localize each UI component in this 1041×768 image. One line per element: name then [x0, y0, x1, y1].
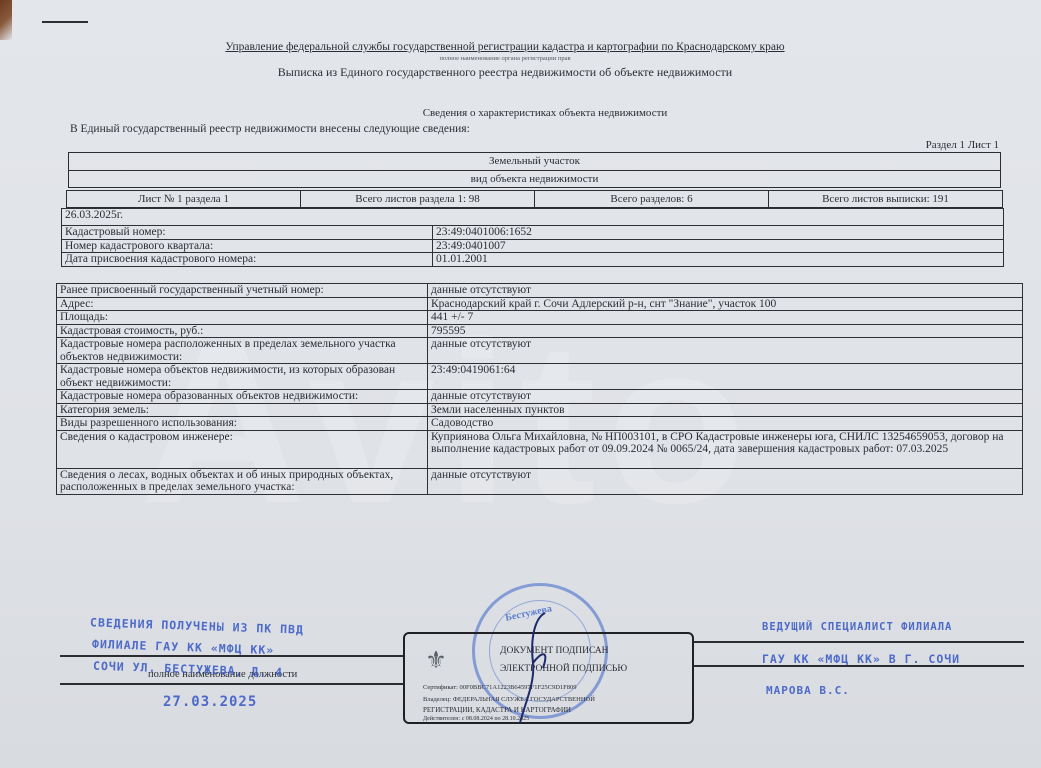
row-label: Дата присвоения кадастрового номера: — [62, 253, 433, 267]
cadastral-engineer: Куприянова Ольга Михайловна, № НП003101,… — [428, 430, 1023, 468]
stamp-date: 27.03.2025 — [163, 694, 257, 710]
row-label: Номер кадастрового квартала: — [62, 239, 433, 253]
cadastral-number: 23:49:0401006:1652 — [433, 226, 1004, 240]
total-sheets-section: Всего листов раздела 1: 98 — [301, 191, 535, 207]
extract-date: 26.03.2025г. — [62, 209, 1004, 226]
identification-table: 26.03.2025г. Кадастровый номер: 23:49:04… — [61, 208, 1004, 267]
row-label: Адрес: — [57, 297, 428, 311]
table-row: Адрес: Краснодарский край г. Сочи Адлерс… — [57, 297, 1023, 311]
table-row: Номер кадастрового квартала: 23:49:04010… — [62, 239, 1004, 253]
divider — [694, 641, 1024, 643]
table-row: Сведения о лесах, водных объектах и об и… — [57, 468, 1023, 494]
divider — [60, 683, 405, 685]
table-row: Ранее присвоенный государственный учетны… — [57, 284, 1023, 298]
object-type-box: Земельный участок вид объекта недвижимос… — [68, 152, 1001, 188]
cadastral-quarter: 23:49:0401007 — [433, 239, 1004, 253]
table-row: Кадастровая стоимость, руб.: 795595 — [57, 324, 1023, 338]
agency-caption: полное наименование органа регистрации п… — [0, 55, 1010, 62]
table-row: Кадастровые номера образованных объектов… — [57, 390, 1023, 404]
area-value: 441 +/- 7 — [428, 311, 1023, 325]
source-object-number: 23:49:0419061:64 — [428, 364, 1023, 390]
row-label: Кадастровые номера объектов недвижимости… — [57, 364, 428, 390]
sheet-number: Лист № 1 раздела 1 — [67, 191, 301, 207]
stamp-right-line3: МАРОВА В.С. — [766, 684, 850, 697]
stamp-right-line2: ГАУ КК «МФЦ КК» В Г. СОЧИ — [762, 652, 960, 666]
row-value: данные отсутствуют — [428, 338, 1023, 364]
page-edge — [0, 0, 12, 40]
row-label: Площадь: — [57, 311, 428, 325]
row-label: Кадастровая стоимость, руб.: — [57, 324, 428, 338]
total-sheets: Всего листов выписки: 191 — [769, 191, 1002, 207]
object-type: Земельный участок — [69, 153, 1000, 171]
section-title: Сведения о характеристиках объекта недви… — [0, 107, 1041, 119]
row-label: Категория земель: — [57, 403, 428, 417]
row-value: данные отсутствуют — [428, 390, 1023, 404]
esig-validity: Действителен: с 08.08.2024 по 28.10.2025 — [423, 716, 529, 722]
eagle-emblem-icon: ⚜ — [423, 644, 449, 678]
table-row: Дата присвоения кадастрового номера: 01.… — [62, 253, 1004, 267]
agency-name: Управление федеральной службы государств… — [0, 41, 1010, 53]
row-label: Сведения о кадастровом инженере: — [57, 430, 428, 468]
permitted-use: Садоводство — [428, 417, 1023, 431]
row-label: Кадастровый номер: — [62, 226, 433, 240]
assignment-date: 01.01.2001 — [433, 253, 1004, 267]
row-value: данные отсутствуют — [428, 284, 1023, 298]
table-row: Категория земель: Земли населенных пункт… — [57, 403, 1023, 417]
stamp-right-line1: ВЕДУЩИЙ СПЕЦИАЛИСТ ФИЛИАЛА — [762, 621, 952, 633]
cadastral-value: 795595 — [428, 324, 1023, 338]
sheet-info-row: Лист № 1 раздела 1 Всего листов раздела … — [66, 190, 1003, 208]
table-row: Кадастровые номера объектов недвижимости… — [57, 364, 1023, 390]
document-page: Avito Управление федеральной службы госу… — [0, 0, 1041, 768]
table-row: Площадь: 441 +/- 7 — [57, 311, 1023, 325]
intro-text: В Единый государственный реестр недвижим… — [70, 123, 470, 135]
address-value: Краснодарский край г. Сочи Адлерский р-н… — [428, 297, 1023, 311]
table-row: Сведения о кадастровом инженере: Куприян… — [57, 430, 1023, 468]
date-row: 26.03.2025г. — [62, 209, 1004, 226]
row-value: данные отсутствуют — [428, 468, 1023, 494]
row-label: Кадастровые номера расположенных в преде… — [57, 338, 428, 364]
land-category: Земли населенных пунктов — [428, 403, 1023, 417]
row-label: Кадастровые номера образованных объектов… — [57, 390, 428, 404]
row-label: Сведения о лесах, водных объектах и об и… — [57, 468, 428, 494]
section-reference: Раздел 1 Лист 1 — [926, 139, 999, 151]
table-row: Виды разрешенного использования: Садовод… — [57, 417, 1023, 431]
row-label: Виды разрешенного использования: — [57, 417, 428, 431]
document-title: Выписка из Единого государственного реес… — [0, 65, 1010, 80]
table-row: Кадастровые номера расположенных в преде… — [57, 338, 1023, 364]
handwritten-signature — [515, 608, 555, 728]
object-type-caption: вид объекта недвижимости — [69, 171, 1000, 188]
stamp-left-line1: СВЕДЕНИЯ ПОЛУЧЕНЫ ИЗ ПК ПВД — [90, 615, 304, 636]
row-label: Ранее присвоенный государственный учетны… — [57, 284, 428, 298]
esig-owner: Владелец: ФЕДЕРАЛЬНАЯ СЛУЖБА ГОСУДАРСТВЕ… — [423, 696, 595, 703]
characteristics-table: Ранее присвоенный государственный учетны… — [56, 283, 1023, 495]
total-sections: Всего разделов: 6 — [535, 191, 769, 207]
corner-mark — [42, 21, 88, 23]
table-row: Кадастровый номер: 23:49:0401006:1652 — [62, 226, 1004, 240]
